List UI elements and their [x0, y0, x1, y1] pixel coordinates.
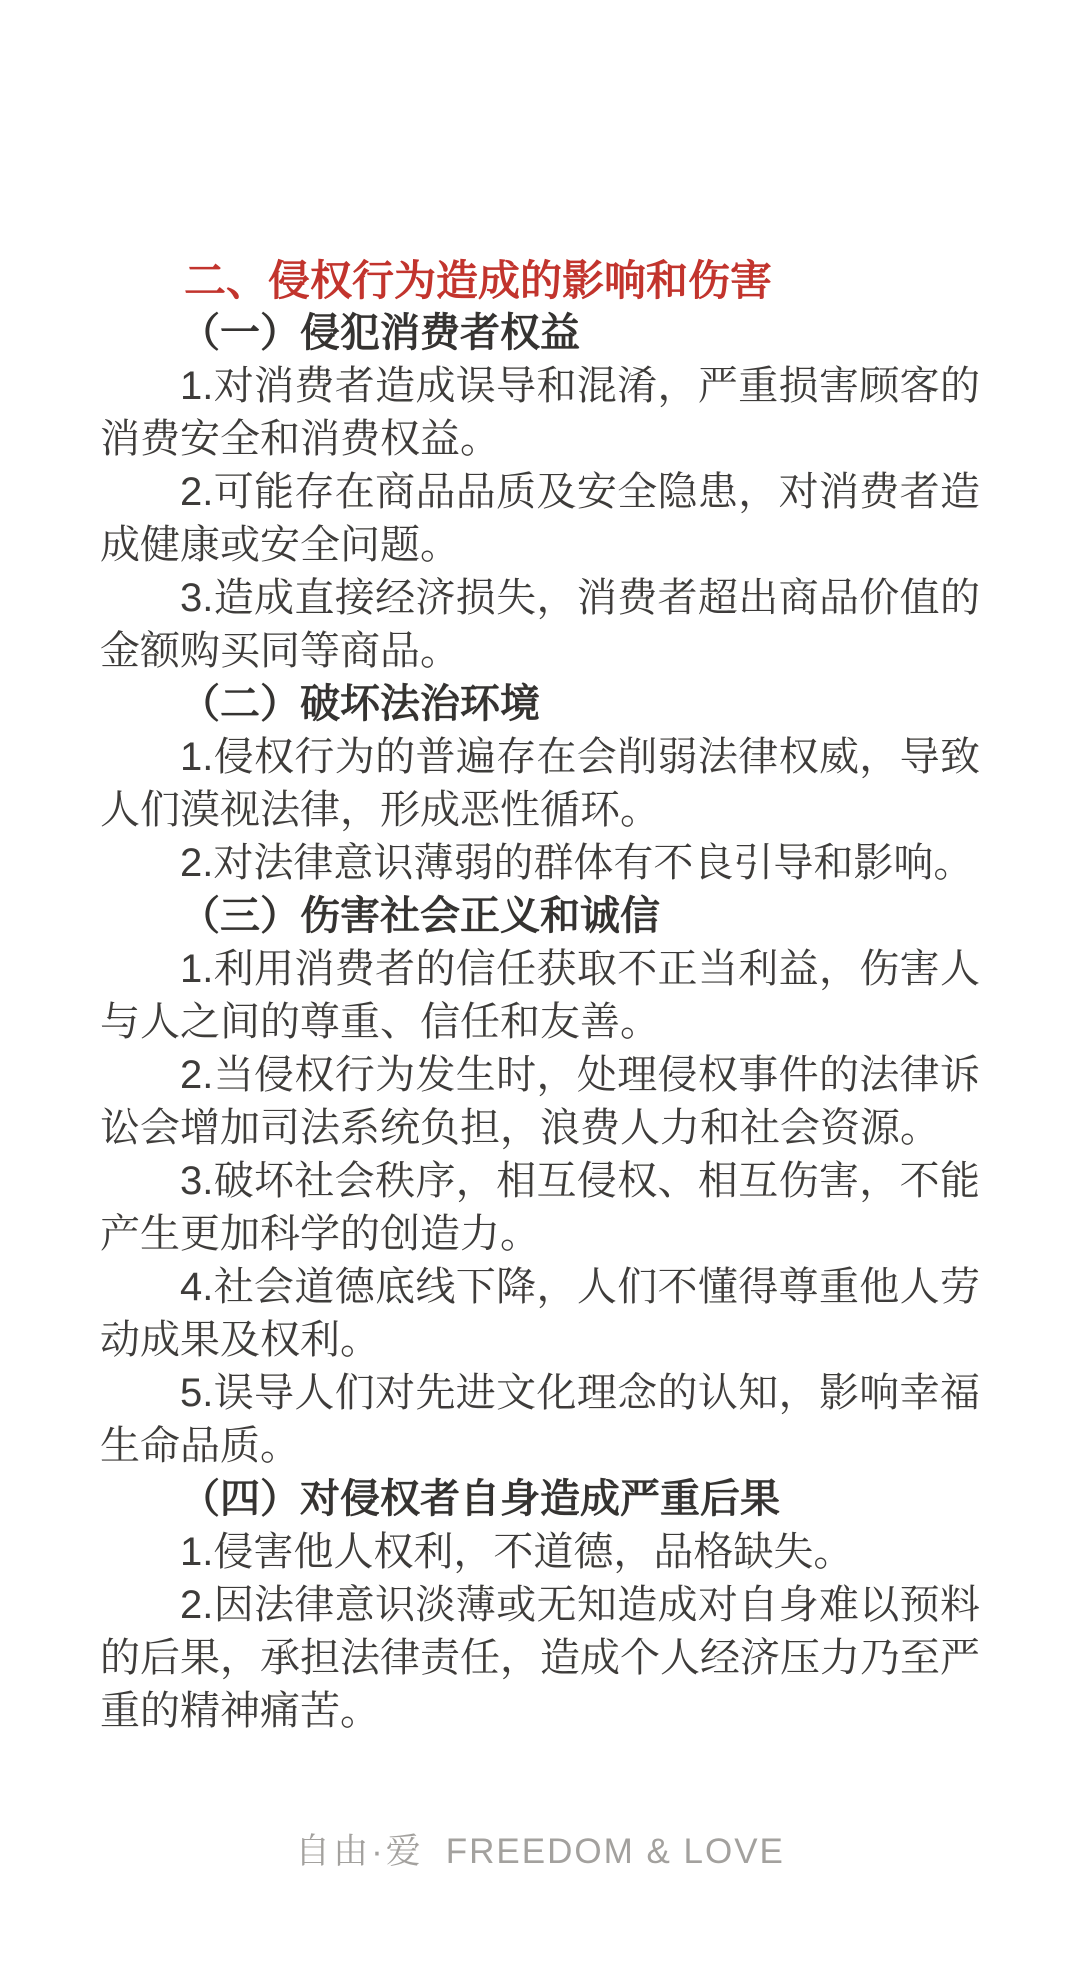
paragraph: 1.侵害他人权利，不道德，品格缺失。 — [100, 1526, 980, 1579]
section: （四）对侵权者自身造成严重后果 1.侵害他人权利，不道德，品格缺失。2.因法律意… — [100, 1473, 980, 1738]
paragraph: 1.利用消费者的信任获取不正当利益，伤害人与人之间的尊重、信任和友善。 — [100, 943, 980, 1049]
paragraph: 3.造成直接经济损失，消费者超出商品价值的金额购买同等商品。 — [100, 572, 980, 678]
document-body: 二、侵权行为造成的影响和伤害 （一）侵犯消费者权益 1.对消费者造成误导和混淆，… — [100, 0, 980, 1738]
section: （三）伤害社会正义和诚信 1.利用消费者的信任获取不正当利益，伤害人与人之间的尊… — [100, 890, 980, 1473]
section: （一）侵犯消费者权益 1.对消费者造成误导和混淆，严重损害顾客的消费安全和消费权… — [100, 307, 980, 678]
page: 二、侵权行为造成的影响和伤害 （一）侵犯消费者权益 1.对消费者造成误导和混淆，… — [0, 0, 1080, 1985]
paragraph: 2.对法律意识薄弱的群体有不良引导和影响。 — [100, 837, 980, 890]
paragraph: 1.对消费者造成误导和混淆，严重损害顾客的消费安全和消费权益。 — [100, 360, 980, 466]
paragraph: 4.社会道德底线下降，人们不懂得尊重他人劳动成果及权利。 — [100, 1261, 980, 1367]
sections: （一）侵犯消费者权益 1.对消费者造成误导和混淆，严重损害顾客的消费安全和消费权… — [100, 307, 980, 1738]
paragraph: 3.破坏社会秩序，相互侵权、相互伤害，不能产生更加科学的创造力。 — [100, 1155, 980, 1261]
section: （二）破坏法治环境 1.侵权行为的普遍存在会削弱法律权威，导致人们漠视法律，形成… — [100, 678, 980, 890]
section-heading: （一）侵犯消费者权益 — [100, 307, 980, 360]
paragraph: 2.可能存在商品品质及安全隐患，对消费者造成健康或安全问题。 — [100, 466, 980, 572]
paragraph: 5.误导人们对先进文化理念的认知，影响幸福生命品质。 — [100, 1367, 980, 1473]
footer-brand-en: FREEDOM & LOVE — [446, 1832, 785, 1871]
section-heading: （二）破坏法治环境 — [100, 678, 980, 731]
paragraph: 1.侵权行为的普遍存在会削弱法律权威，导致人们漠视法律，形成恶性循环。 — [100, 731, 980, 837]
section-heading: （四）对侵权者自身造成严重后果 — [100, 1473, 980, 1526]
paragraph: 2.因法律意识淡薄或无知造成对自身难以预料的后果，承担法律责任，造成个人经济压力… — [100, 1579, 980, 1738]
footer-brand-zh: 自由·爱 — [295, 1832, 424, 1871]
page-footer: 自由·爱FREEDOM & LOVE — [0, 1832, 1080, 1872]
paragraph: 2.当侵权行为发生时，处理侵权事件的法律诉讼会增加司法系统负担，浪费人力和社会资… — [100, 1049, 980, 1155]
section-heading: （三）伤害社会正义和诚信 — [100, 890, 980, 943]
document-title: 二、侵权行为造成的影响和伤害 — [100, 254, 980, 307]
